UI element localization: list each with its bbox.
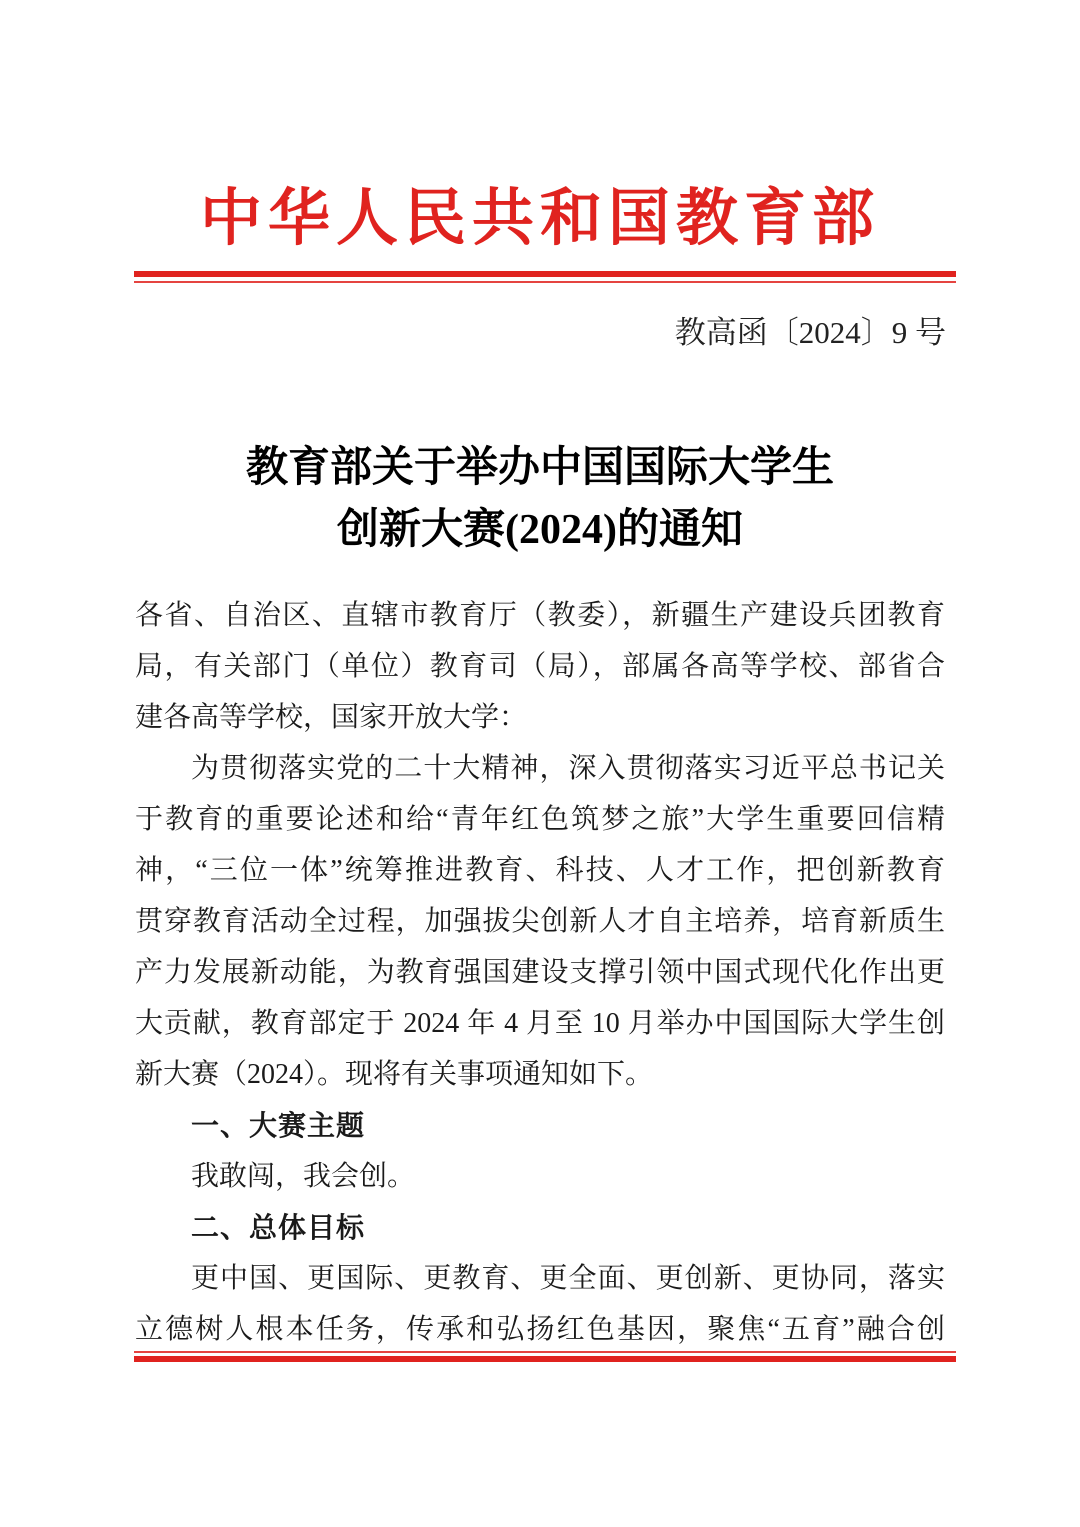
ministry-letterhead-title: 中华人民共和国教育部 <box>0 168 1080 257</box>
paragraph-line: 大贡献，教育部定于 2024 年 4 月至 10 月举办中国国际大学生创 <box>135 998 945 1049</box>
section-2-text-line: 更中国、更国际、更教育、更全面、更创新、更协同，落实 <box>135 1253 945 1304</box>
paragraph-line: 于教育的重要论述和给“青年红色筑梦之旅”大学生重要回信精 <box>135 794 945 845</box>
salutation-line: 建各高等学校，国家开放大学： <box>135 692 945 743</box>
paragraph-line: 神，“三位一体”统筹推进教育、科技、人才工作，把创新教育 <box>135 845 945 896</box>
official-notice-page: 中华人民共和国教育部 教高函〔2024〕9 号 教育部关于举办中国国际大学生 创… <box>0 0 1080 1527</box>
section-1-heading: 一、大赛主题 <box>135 1100 945 1151</box>
notice-title-line1: 教育部关于举办中国国际大学生 <box>0 437 1080 499</box>
red-double-rule-bottom <box>134 1351 956 1362</box>
document-reference-number: 教高函〔2024〕9 号 <box>675 307 946 352</box>
salutation-line: 各省、自治区、直辖市教育厅（教委），新疆生产建设兵团教育 <box>135 590 945 641</box>
notice-title-line2: 创新大赛(2024)的通知 <box>0 499 1080 561</box>
red-rule-thick <box>134 271 956 277</box>
paragraph-line: 贯穿教育活动全过程，加强拔尖创新人才自主培养，培育新质生 <box>135 896 945 947</box>
salutation-line: 局，有关部门（单位）教育司（局），部属各高等学校、部省合 <box>135 641 945 692</box>
section-2-heading: 二、总体目标 <box>135 1202 945 1253</box>
competition-theme: 我敢闯，我会创。 <box>135 1151 945 1202</box>
notice-title: 教育部关于举办中国国际大学生 创新大赛(2024)的通知 <box>0 437 1080 561</box>
paragraph-line: 产力发展新动能，为教育强国建设支撑引领中国式现代化作出更 <box>135 947 945 998</box>
red-rule-thin <box>134 1351 956 1353</box>
paragraph-line: 新大赛（2024）。现将有关事项通知如下。 <box>135 1049 945 1100</box>
red-double-rule-top <box>134 271 956 283</box>
paragraph-line: 为贯彻落实党的二十大精神，深入贯彻落实习近平总书记关 <box>135 743 945 794</box>
red-rule-thin <box>134 281 956 283</box>
section-2-text-line: 立德树人根本任务，传承和弘扬红色基因，聚焦“五育”融合创 <box>135 1304 945 1355</box>
notice-body: 各省、自治区、直辖市教育厅（教委），新疆生产建设兵团教育 局，有关部门（单位）教… <box>135 590 945 1355</box>
red-rule-thick <box>134 1356 956 1362</box>
